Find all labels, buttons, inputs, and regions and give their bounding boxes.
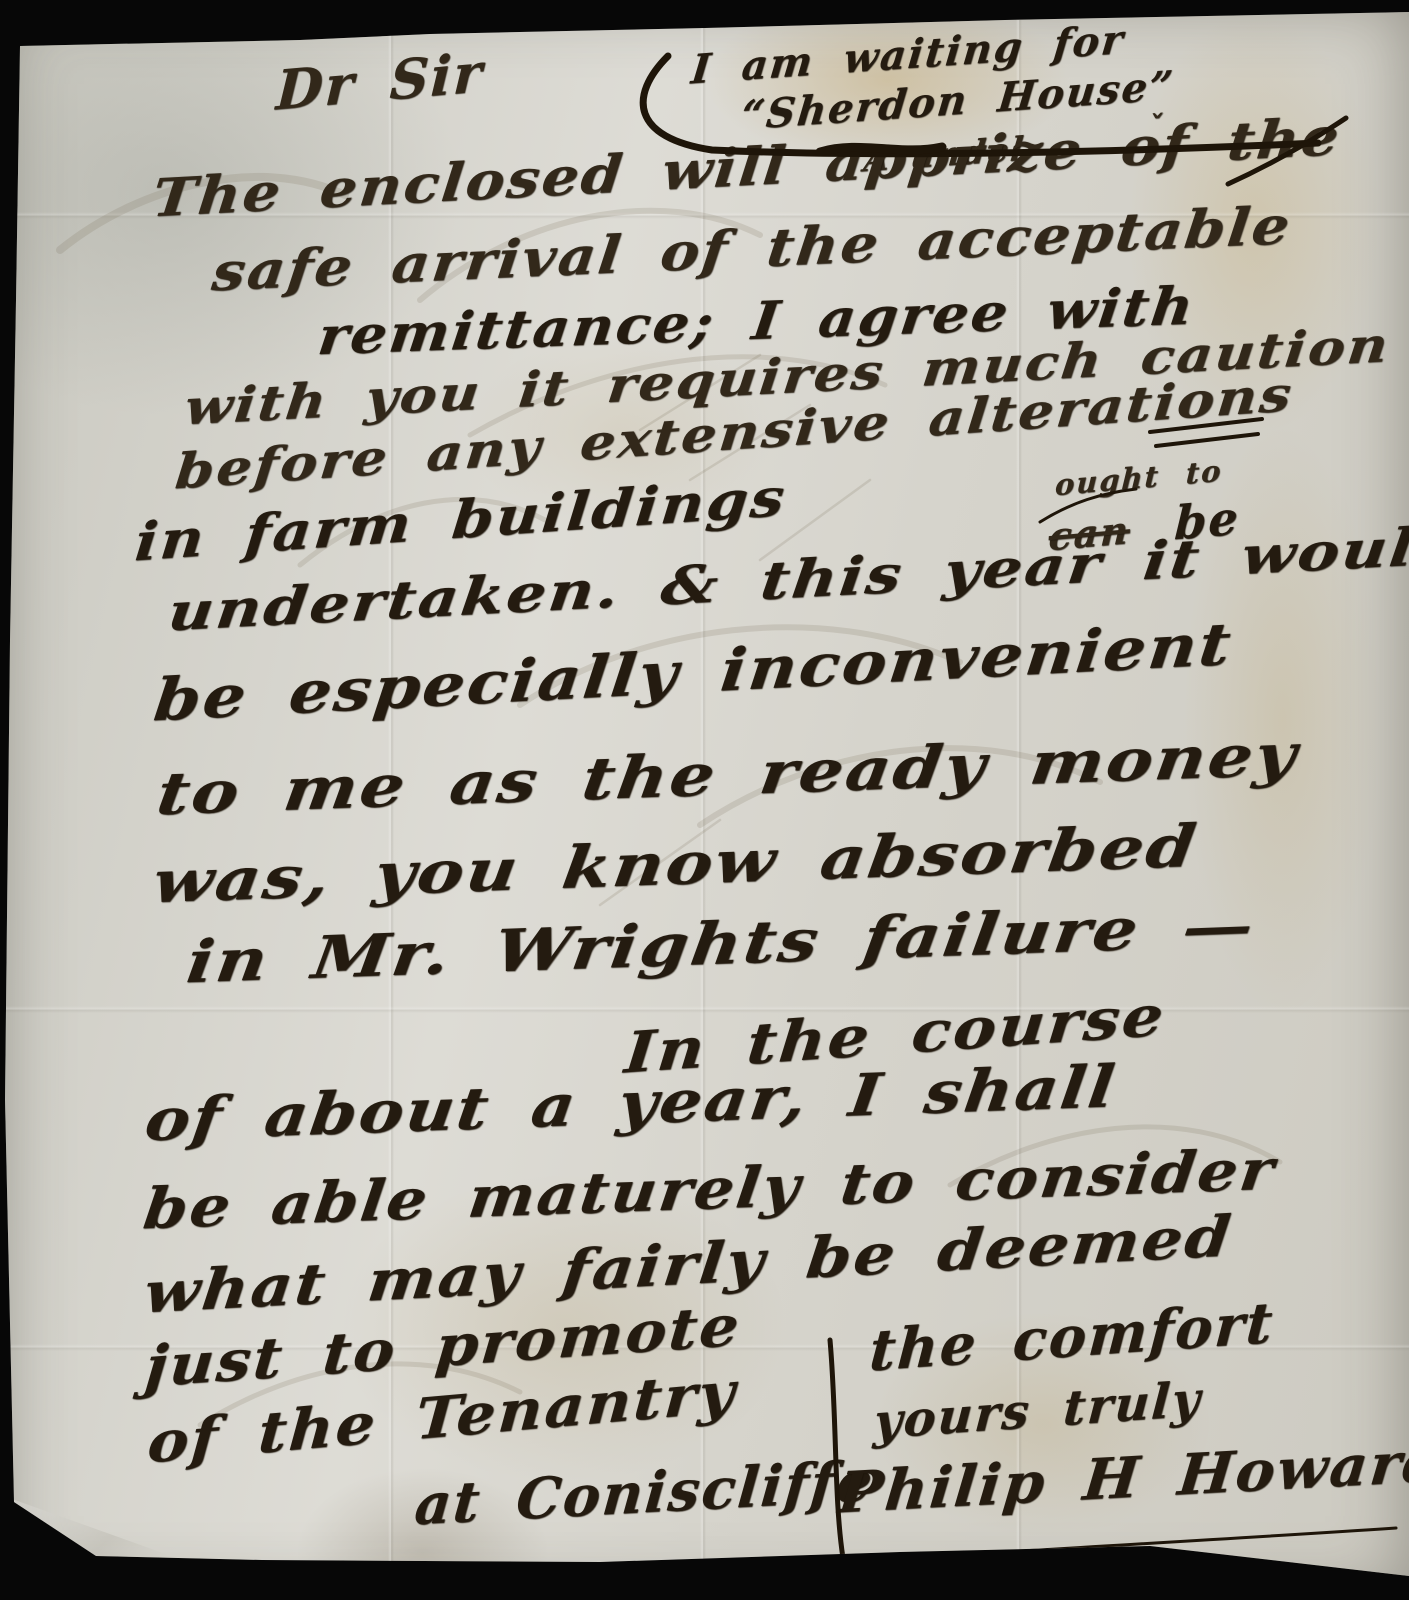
- valediction: yours truly: [872, 1371, 1203, 1450]
- letter-line: at Coniscliffe: [412, 1448, 877, 1538]
- letter-line: to me as the ready money: [153, 720, 1303, 828]
- letter-scan: Dr Sir I am waiting for “Sherdon House” …: [0, 0, 1409, 1600]
- ink-dot: [697, 1585, 703, 1591]
- letter-line: the comfort: [867, 1290, 1276, 1385]
- horizontal-fold-crease: [0, 1006, 1409, 1013]
- signature-underline-flourish: [556, 1528, 1396, 1590]
- letter-paper-sheet: Dr Sir I am waiting for “Sherdon House” …: [0, 0, 1409, 1600]
- salutation: Dr Sir: [275, 40, 486, 123]
- caution-underline: [1156, 434, 1258, 446]
